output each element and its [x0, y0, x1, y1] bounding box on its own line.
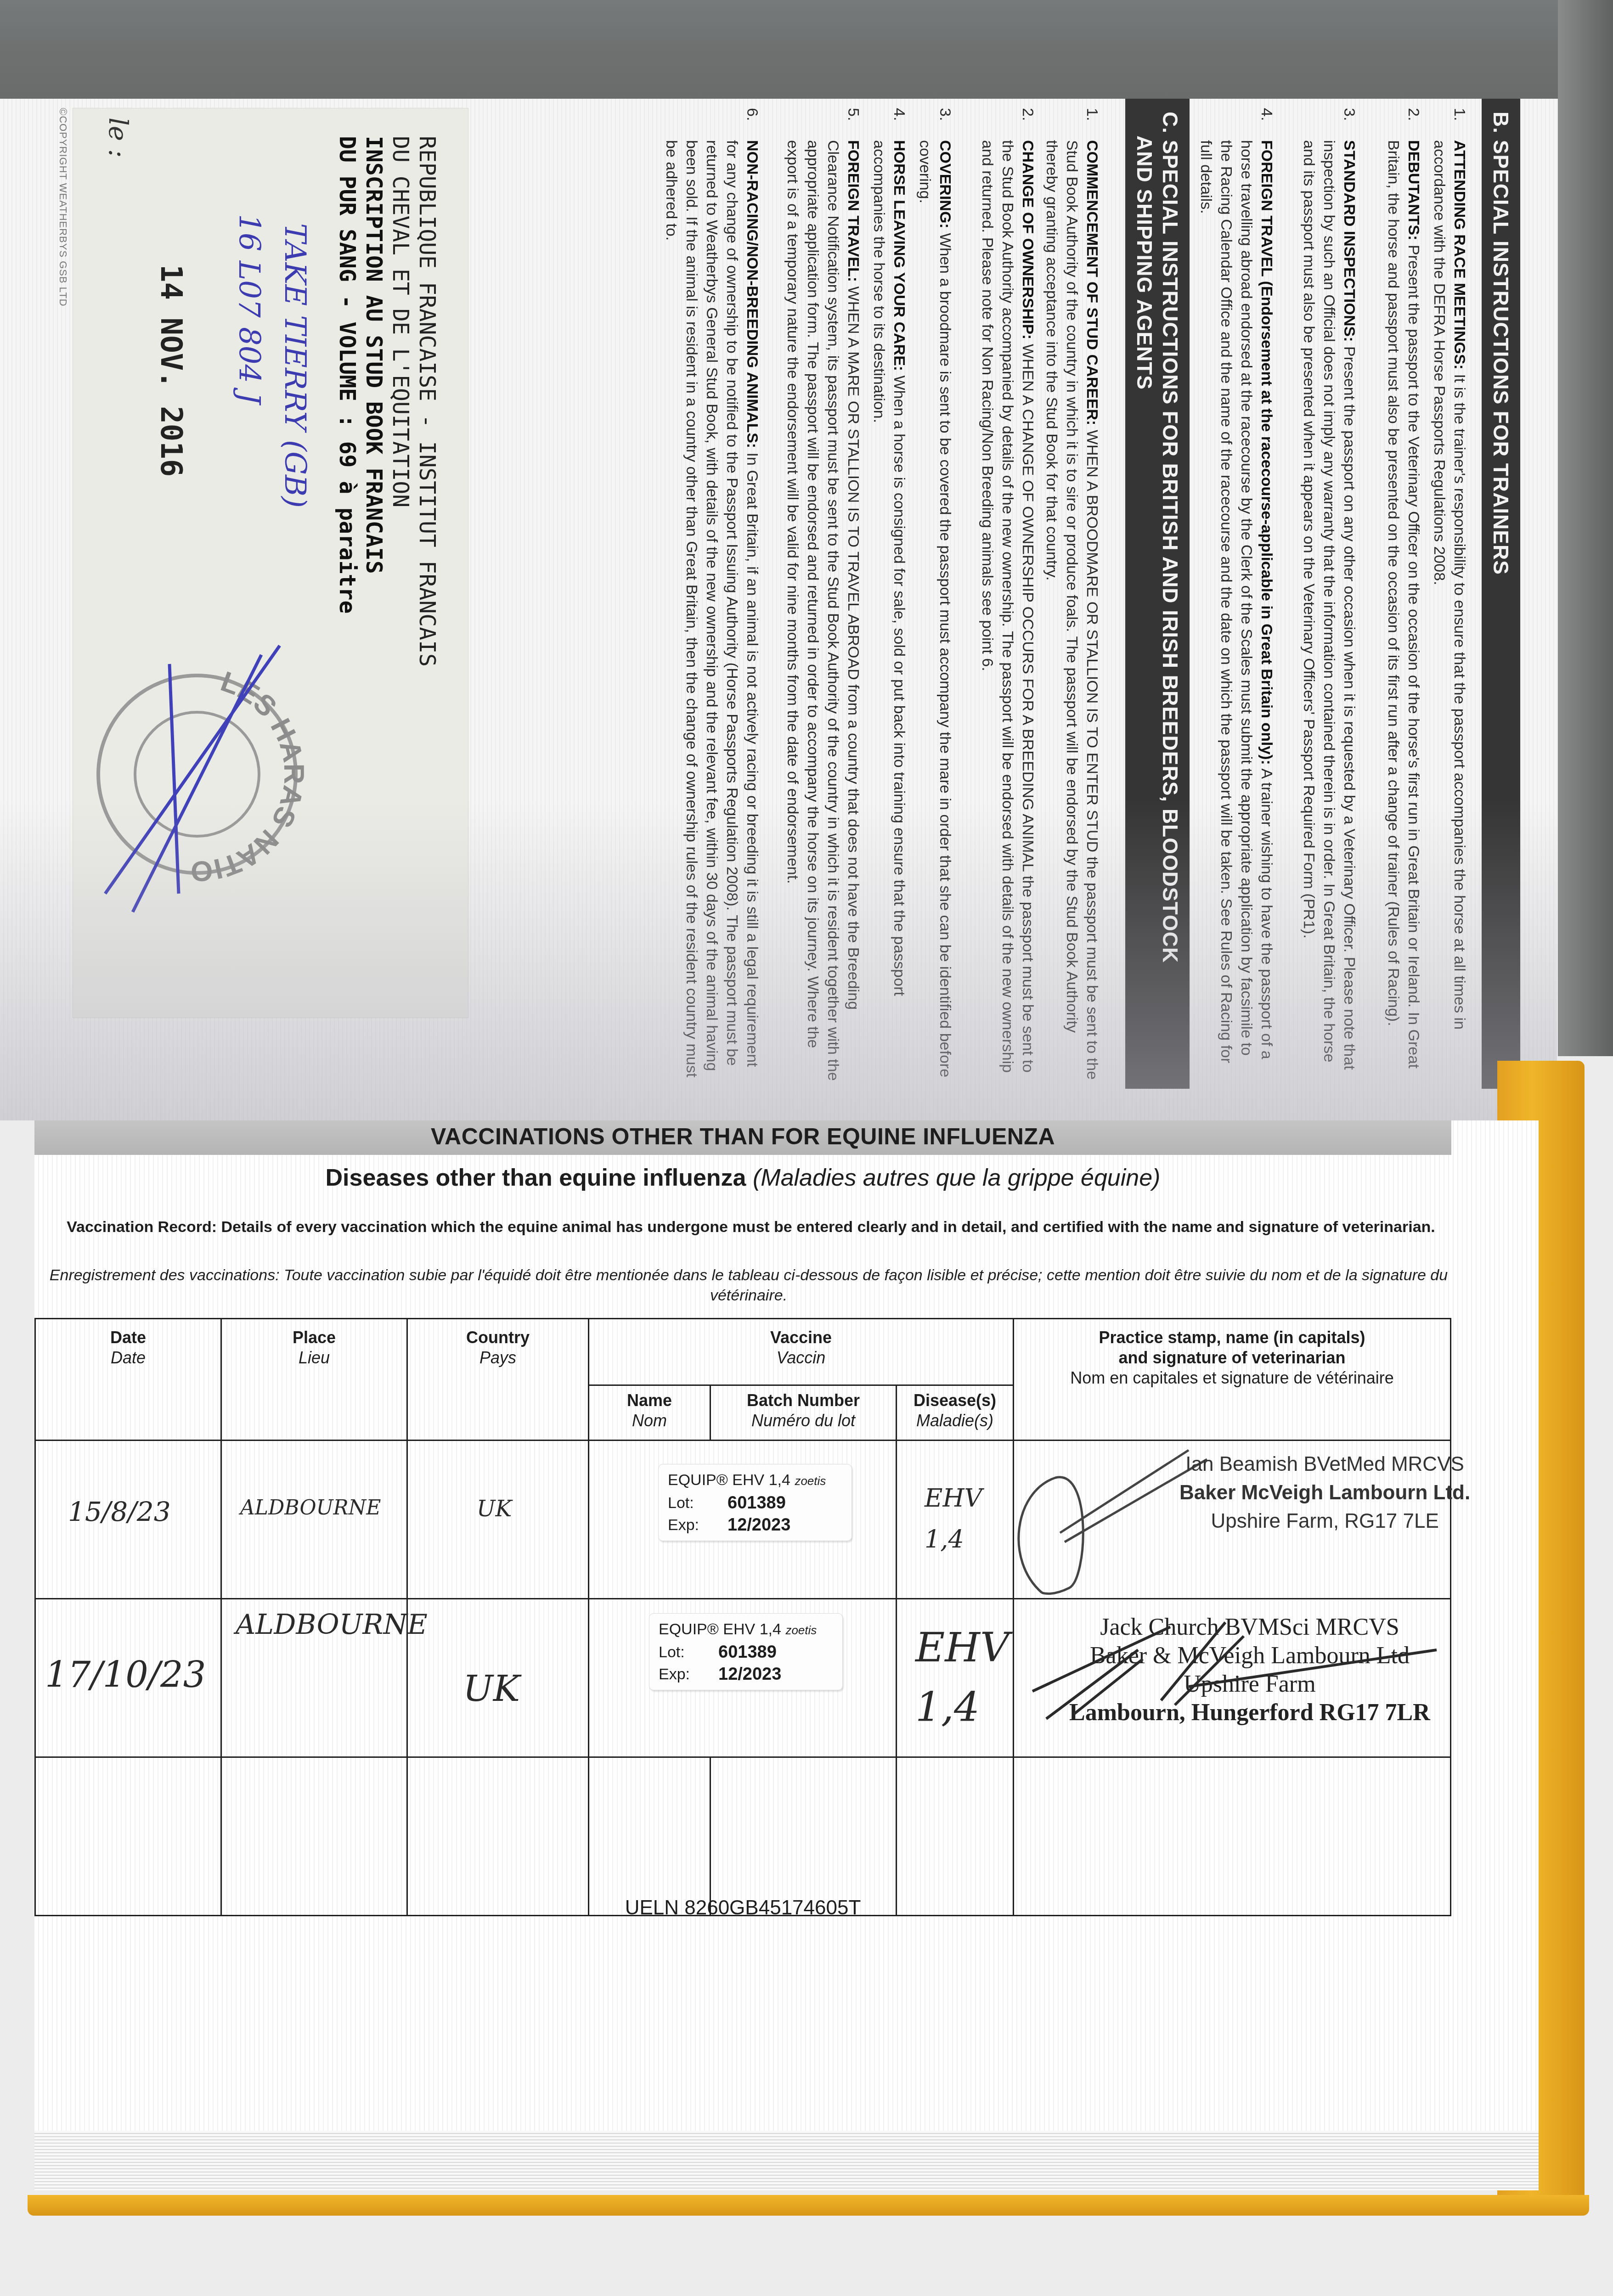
- scanner-background-right: [1558, 0, 1613, 1056]
- section-c-item-3: 3. COVERING: When a broodmare is sent to…: [915, 140, 955, 1081]
- vaccine-batch-label: EQUIP® EHV 1,4 zoetis Lot:601389 Exp:12/…: [658, 1464, 852, 1541]
- haras-nationaux-stamp-icon: LES HARAS NATIONAUX: [78, 636, 316, 921]
- vet-practice-stamp: Jack Church BVMSci MRCVS Baker & McVeigh…: [1069, 1613, 1430, 1727]
- vaccination-place: ALDBOURNE: [236, 1609, 428, 1641]
- vaccination-record-page: VACCINATIONS OTHER THAN FOR EQUINE INFLU…: [34, 1120, 1539, 2131]
- section-c-item-1: 1. COMMENCEMENT OF STUD CAREER: WHEN A B…: [1042, 140, 1102, 1081]
- col-vaccine: VaccineVaccin: [589, 1319, 1014, 1385]
- section-c-item-5: 5. FOREIGN TRAVEL: WHEN A MARE OR STALLI…: [783, 140, 863, 1081]
- col-place: PlaceLieu: [221, 1319, 407, 1441]
- col-vaccine-name: NameNom: [589, 1385, 711, 1441]
- section-c-header: C. SPECIAL INSTRUCTIONS FOR BRITISH AND …: [1125, 99, 1190, 1089]
- section-b-item-3: 3. STANDARD INSPECTIONS: Present the pas…: [1299, 140, 1359, 1081]
- table-row-empty: [35, 1757, 1451, 1916]
- copyright-notice: ©COPYRIGHT WEATHERBYS GSB LTD: [57, 108, 69, 307]
- table-row: 15/8/23 ALDBOURNE UK EQUIP® EHV 1,4 zoet…: [35, 1441, 1451, 1599]
- vaccination-table: DateDate PlaceLieu CountryPays VaccineVa…: [34, 1318, 1451, 1916]
- page-stack-edges: [34, 2131, 1539, 2190]
- vaccination-disease: EHV 1,4: [915, 1618, 993, 1737]
- table-header-row: DateDate PlaceLieu CountryPays VaccineVa…: [35, 1319, 1451, 1385]
- handwritten-horse-name: TAKE TIERRY (GB): [278, 223, 312, 508]
- vaccine-batch-label: EQUIP® EHV 1,4 zoetis Lot:601389 Exp:12/…: [649, 1613, 843, 1690]
- section-b-item-4: 4. FOREIGN TRAVEL (Endorsement at the ra…: [1196, 140, 1277, 1081]
- vaccination-date: 15/8/23: [68, 1496, 171, 1527]
- col-date: DateDate: [35, 1319, 221, 1441]
- vaccination-country: UK: [463, 1668, 520, 1710]
- instruction-french: Enregistrement des vaccinations: Toute v…: [48, 1265, 1449, 1306]
- vet-practice-stamp: Ian Beamish BVetMed MRCVS Baker McVeigh …: [1179, 1450, 1470, 1536]
- le-label: le :: [103, 118, 133, 158]
- section-b-item-2: 2. DEBUTANTS: Present the passport to th…: [1383, 140, 1424, 1081]
- col-batch-number: Batch NumberNuméro du lot: [711, 1385, 897, 1441]
- section-c-item-6: 6. NON-RACING/NON-BREEDING ANIMALS: In G…: [661, 140, 762, 1081]
- rotated-page-content: B. SPECIAL INSTRUCTIONS FOR TRAINERS 1. …: [0, 99, 1557, 1120]
- section-c-item-2: 2. CHANGE OF OWNERSHIP: WHEN A CHANGE OF…: [977, 140, 1038, 1081]
- french-stud-book-sticker: REPUBLIQUE FRANCAISE - INSTITUT FRANCAIS…: [73, 108, 468, 1018]
- upper-passport-page: B. SPECIAL INSTRUCTIONS FOR TRAINERS 1. …: [0, 99, 1557, 1120]
- handwritten-reference: 16 L07 804 J: [232, 214, 266, 404]
- col-practice-stamp: Practice stamp, name (in capitals) and s…: [1014, 1319, 1451, 1441]
- col-country: CountryPays: [407, 1319, 589, 1441]
- vaccination-place: ALDBOURNE: [240, 1496, 381, 1519]
- section-b-header: B. SPECIAL INSTRUCTIONS FOR TRAINERS: [1482, 99, 1520, 1089]
- section-b-item-1: 1. ATTENDING RACE MEETINGS: It is the tr…: [1429, 140, 1470, 1081]
- vaccination-date: 17/10/23: [45, 1654, 206, 1696]
- ueln-number: UELN 8260GB45174605T: [34, 1896, 1451, 1919]
- table-row: 17/10/23 ALDBOURNE UK EQUIP® EHV 1,4 zoe…: [35, 1599, 1451, 1757]
- vaccination-country: UK: [477, 1496, 512, 1522]
- passport-cover-bottom: [28, 2195, 1589, 2216]
- page-subtitle: Diseases other than equine influenza (Ma…: [34, 1164, 1451, 1192]
- col-diseases: Disease(s)Maladie(s): [897, 1385, 1014, 1441]
- instruction-english: Vaccination Record: Details of every vac…: [62, 1217, 1440, 1237]
- vaccination-disease: EHV 1,4: [925, 1478, 989, 1560]
- scanner-background-top: [0, 0, 1613, 99]
- section-c-item-4: 4. HORSE LEAVING YOUR CARE: When a horse…: [869, 140, 909, 1081]
- page-title: VACCINATIONS OTHER THAN FOR EQUINE INFLU…: [34, 1123, 1451, 1150]
- stamp-date: 14 NOV. 2016: [154, 264, 188, 477]
